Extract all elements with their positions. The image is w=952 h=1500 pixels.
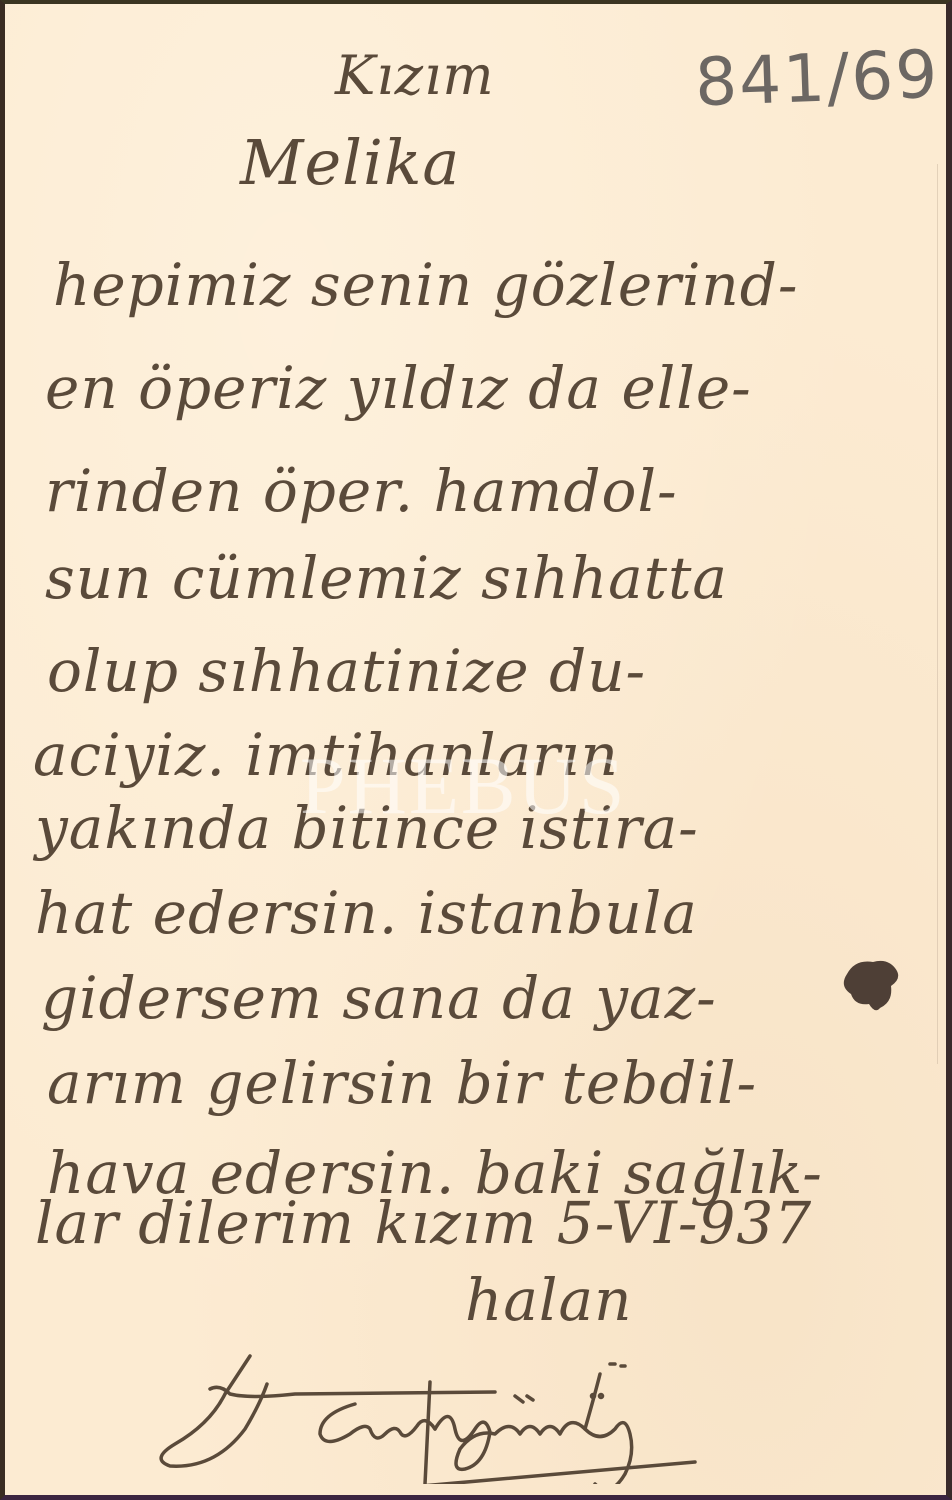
signature-scribble [155,1334,815,1484]
letter-line: arım gelirsin bir tebdil- [47,1054,757,1112]
letter-line: gidersem sana da yaz- [41,969,717,1027]
letter-line: hepimiz senin gözlerind- [53,256,799,314]
letter-line: en öperiz yıldız da elle- [45,359,752,417]
letter-line: lar dilerim kızım 5-VI-937 [35,1194,812,1252]
letter-line: olup sıhhatinize du- [47,642,646,700]
letter-line: hat edersin. istanbula [35,884,698,942]
crease-line [937,164,938,1064]
ink-blot [835,954,905,1014]
postcard-back: Kızım Melika 841/69 hepimiz senin gözler… [0,0,952,1500]
letter-line: yakında bitince istira- [35,799,699,857]
letter-line: sun cümlemiz sıhhatta [45,549,728,607]
letter-line: rinden öper. hamdol- [45,462,678,520]
letter-line: aciyiz. imtihanların [33,726,619,784]
closing-word: halan [465,1266,632,1334]
